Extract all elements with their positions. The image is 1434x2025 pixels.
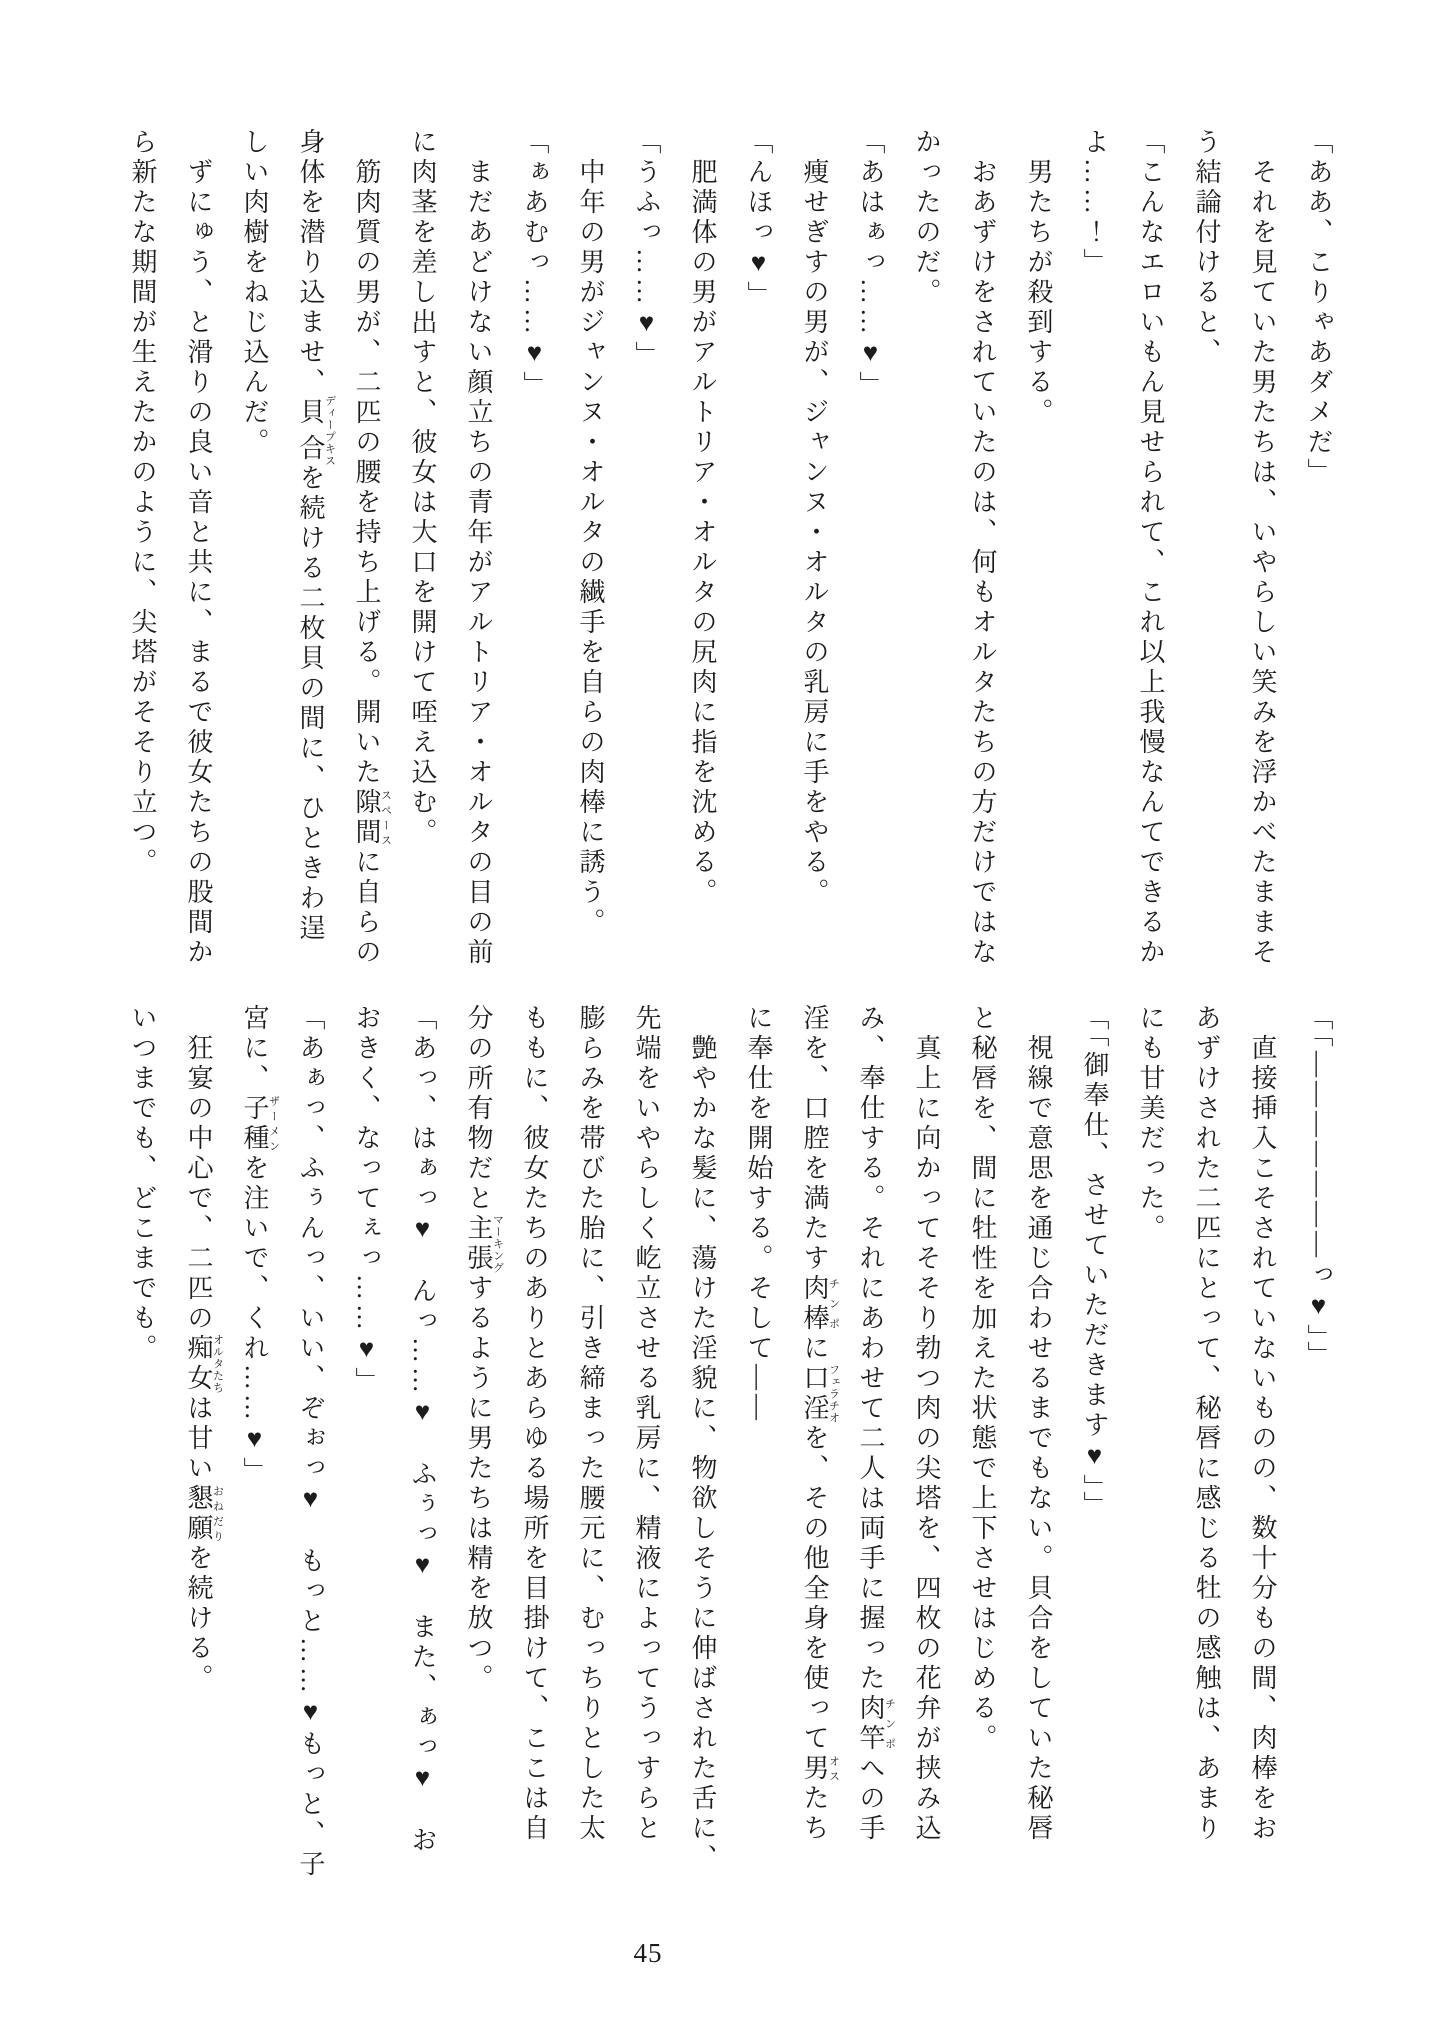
text-line: 視線で意思を通じ合わせるまでもない。貝合をしていた秘唇 — [1010, 1004, 1066, 1939]
text-line: 分の所有物だと主張マーキングするように男たちは精を放つ。 — [450, 1004, 506, 1939]
text-line: 「あぁっ、ふぅんっ、いい、ぞぉっ♥ もっと……♥もっと、子 — [282, 1004, 338, 1939]
text-line: 真上に向かってそそり勃つ肉の尖塔を、四枚の花弁が挟み込 — [898, 1004, 954, 1939]
text-line: いつまでも、どこまでも。 — [114, 1004, 170, 1939]
text-line: 「んほっ♥」 — [730, 128, 786, 1018]
novel-page: 「ああ、こりゃあダメだ」 それを見ていた男たちは、いやらしい笑みを浮かべたままそ… — [0, 0, 1434, 2025]
text-line: ももに、彼女たちのありとあらゆる場所を目掛けて、ここは自 — [506, 1004, 562, 1939]
text-line: にも甘美だった。 — [1122, 1004, 1178, 1939]
text-line: あずけされた二匹にとって、秘唇に感じる牡の感触は、あまり — [1178, 1004, 1234, 1939]
text-line: 先端をいやらしく屹立させる乳房に、精液によってうっすらと — [618, 1004, 674, 1939]
text-line: 「「御奉仕、させていただきます♥」」 — [1066, 1004, 1122, 1939]
text-line: 「「―――――――っ♥」」 — [1290, 1004, 1346, 1939]
text-line: おあずけをされていたのは、何もオルタたちの方だけではな — [954, 128, 1010, 1018]
text-line: 「うふっ……♥」 — [618, 128, 674, 1018]
text-line: 直接挿入こそされていないものの、数十分もの間、肉棒をお — [1234, 1004, 1290, 1939]
text-line: に肉茎を差し出すと、彼女は大口を開けて咥え込む。 — [394, 128, 450, 1018]
text-line: しい肉樹をねじ込んだ。 — [226, 128, 282, 1018]
text-line: 「ぁあむっ……♥」 — [506, 128, 562, 1018]
text-line: 「あはぁっ……♥」 — [842, 128, 898, 1018]
text-line: 肥満体の男がアルトリア・オルタの尻肉に指を沈める。 — [674, 128, 730, 1018]
text-line: に奉仕を開始する。そして―― — [730, 1004, 786, 1939]
text-line: 身体を潜り込ませ、貝合ディープキスを続ける二枚貝の間に、ひときわ逞 — [282, 128, 338, 1018]
text-line: 筋肉質の男が、二匹の腰を持ち上げる。開いた隙間スペースに自らの — [338, 128, 394, 1018]
text-line: 「ああ、こりゃあダメだ」 — [1290, 128, 1346, 1018]
text-line: 宮に、子種ザーメンを注いで、くれ……♥」 — [226, 1004, 282, 1939]
page-number: 45 — [603, 1938, 693, 1969]
text-line: ら新たな期間が生えたかのように、尖塔がそそり立つ。 — [114, 128, 170, 1018]
text-line: まだあどけない顔立ちの青年がアルトリア・オルタの目の前 — [450, 128, 506, 1018]
text-line: 「こんなエロいもん見せられて、これ以上我慢なんてできるか — [1122, 128, 1178, 1018]
text-line: み、奉仕する。それにあわせて二人は両手に握った肉竿チンポへの手 — [842, 1004, 898, 1939]
text-line: おきく、なってぇっ……♥」 — [338, 1004, 394, 1939]
text-line: 「あっ、はぁっ♥ んっ……♥ ふぅっ♥ また、ぁっ♥ お — [394, 1004, 450, 1939]
text-line: 男たちが殺到する。 — [1010, 128, 1066, 1018]
text-line: と秘唇を、間に牡性を加えた状態で上下させはじめる。 — [954, 1004, 1010, 1939]
text-line: 艶やかな髪に、蕩けた淫貌に、物欲しそうに伸ばされた舌に、 — [674, 1004, 730, 1939]
text-line: 中年の男がジャンヌ・オルタの繊手を自らの肉棒に誘う。 — [562, 128, 618, 1018]
text-line: 痩せぎすの男が、ジャンヌ・オルタの乳房に手をやる。 — [786, 128, 842, 1018]
text-line: それを見ていた男たちは、いやらしい笑みを浮かべたままそ — [1234, 128, 1290, 1018]
text-line: ずにゅう、と滑りの良い音と共に、まるで彼女たちの股間か — [170, 128, 226, 1018]
text-line: 狂宴の中心で、二匹の痴女オルタたちは甘い懇願おねだりを続ける。 — [170, 1004, 226, 1939]
text-line: よ……！」 — [1066, 128, 1122, 1018]
text-line: 淫を、口腔を満たす肉棒チンポに口淫フェラチオを、その他全身を使って男オスたち — [786, 1004, 842, 1939]
text-block-bottom: 「「―――――――っ♥」」 直接挿入こそされていないものの、数十分もの間、肉棒を… — [100, 1004, 1346, 1939]
text-line: かったのだ。 — [898, 128, 954, 1018]
text-line: 膨らみを帯びた胎に、引き締まった腰元に、むっちりとした太 — [562, 1004, 618, 1939]
text-line: う結論付けると、 — [1178, 128, 1234, 1018]
text-block-top: 「ああ、こりゃあダメだ」 それを見ていた男たちは、いやらしい笑みを浮かべたままそ… — [100, 128, 1346, 1018]
